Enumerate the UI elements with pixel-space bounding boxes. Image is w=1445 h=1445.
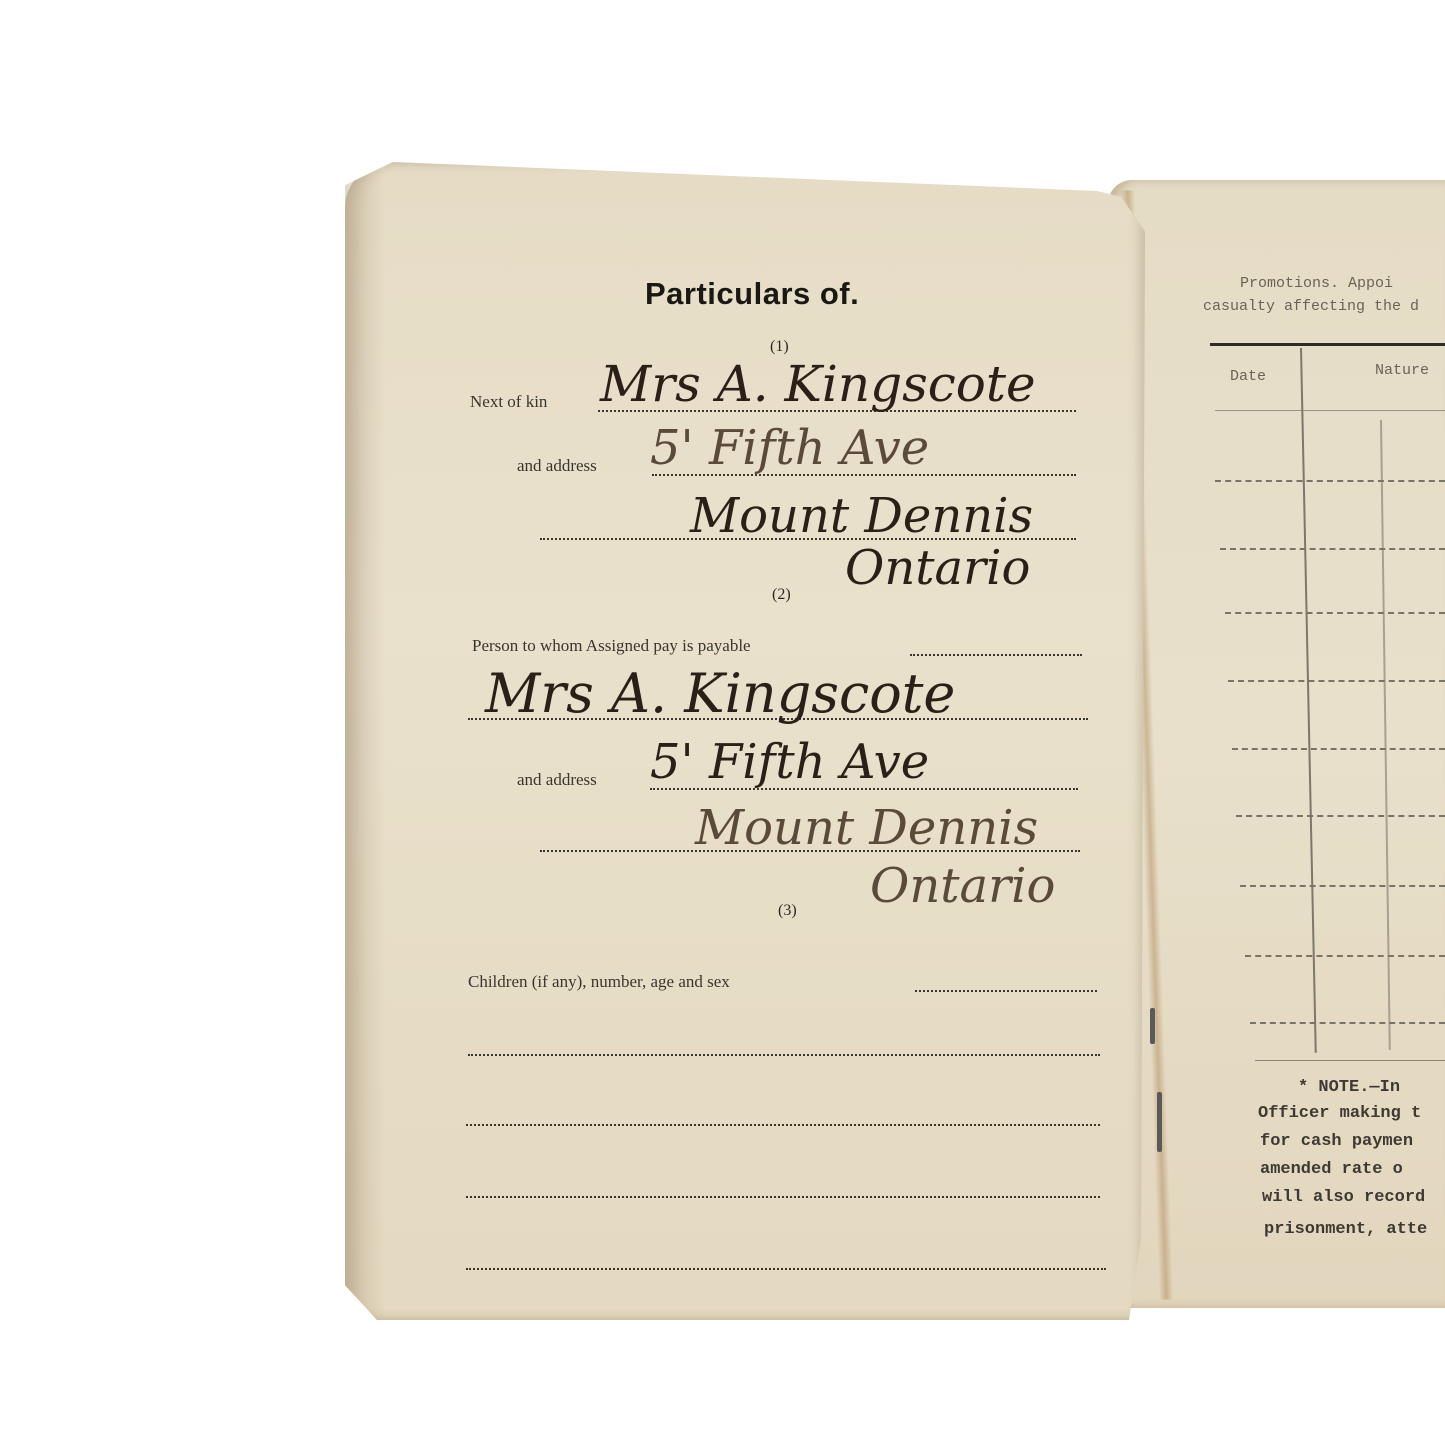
address-2-line-3: Ontario (870, 858, 1055, 914)
header-underline (1215, 410, 1445, 411)
table-row-line (1250, 1022, 1445, 1024)
address-label-2: and address (517, 770, 597, 790)
note-line-6: prisonment, atte (1264, 1220, 1427, 1239)
address-2-line-1: 5' Fifth Ave (650, 734, 929, 790)
section-number-2: (2) (772, 586, 791, 604)
address-2-line-2: Mount Dennis (695, 800, 1038, 856)
table-top-rule (1210, 343, 1445, 346)
children-line-3 (466, 1124, 1100, 1126)
section-number-3: (3) (778, 902, 797, 920)
address-1-line-1: 5' Fifth Ave (650, 420, 929, 476)
staple-bottom (1157, 1092, 1162, 1152)
note-line-3: for cash paymen (1260, 1132, 1413, 1151)
children-line-2 (468, 1054, 1100, 1056)
address-1-line-2: Mount Dennis (690, 488, 1033, 544)
column-header-nature: Nature (1375, 362, 1429, 379)
pay-book-photo: Particulars of. (1) Next of kin Mrs A. K… (0, 0, 1445, 1445)
right-header-line-2: casualty affecting the d (1203, 298, 1419, 315)
payee-handwritten: Mrs A. Kingscote (485, 662, 955, 725)
section-number-1: (1) (770, 338, 789, 356)
table-row-line (1228, 680, 1445, 682)
table-row-line (1245, 955, 1445, 957)
table-bottom-rule (1255, 1060, 1445, 1061)
column-header-date: Date (1230, 368, 1266, 385)
table-row-line (1215, 480, 1445, 482)
children-line-4 (466, 1196, 1100, 1198)
table-row-line (1232, 748, 1445, 750)
note-line-2: Officer making t (1258, 1104, 1421, 1123)
address-1-line-3: Ontario (845, 540, 1030, 596)
table-row-line (1236, 815, 1445, 817)
next-of-kin-label: Next of kin (470, 392, 547, 412)
next-of-kin-handwritten: Mrs A. Kingscote (600, 355, 1036, 413)
assigned-pay-line (910, 654, 1082, 656)
table-row-line (1225, 612, 1445, 614)
page-heading: Particulars of. (645, 276, 859, 312)
note-line-4: amended rate o (1260, 1160, 1403, 1179)
note-line-1: * NOTE.—In (1298, 1078, 1400, 1097)
staple-top (1150, 1008, 1155, 1044)
children-label: Children (if any), number, age and sex (468, 972, 730, 992)
assigned-pay-label: Person to whom Assigned pay is payable (472, 636, 751, 656)
note-line-5: will also record (1262, 1188, 1425, 1207)
children-line-1 (915, 990, 1097, 992)
right-header-line-1: Promotions. Appoi (1240, 275, 1393, 292)
address-label-1: and address (517, 456, 597, 476)
table-row-line (1240, 885, 1445, 887)
table-row-line (1220, 548, 1445, 550)
children-line-5 (466, 1268, 1106, 1270)
